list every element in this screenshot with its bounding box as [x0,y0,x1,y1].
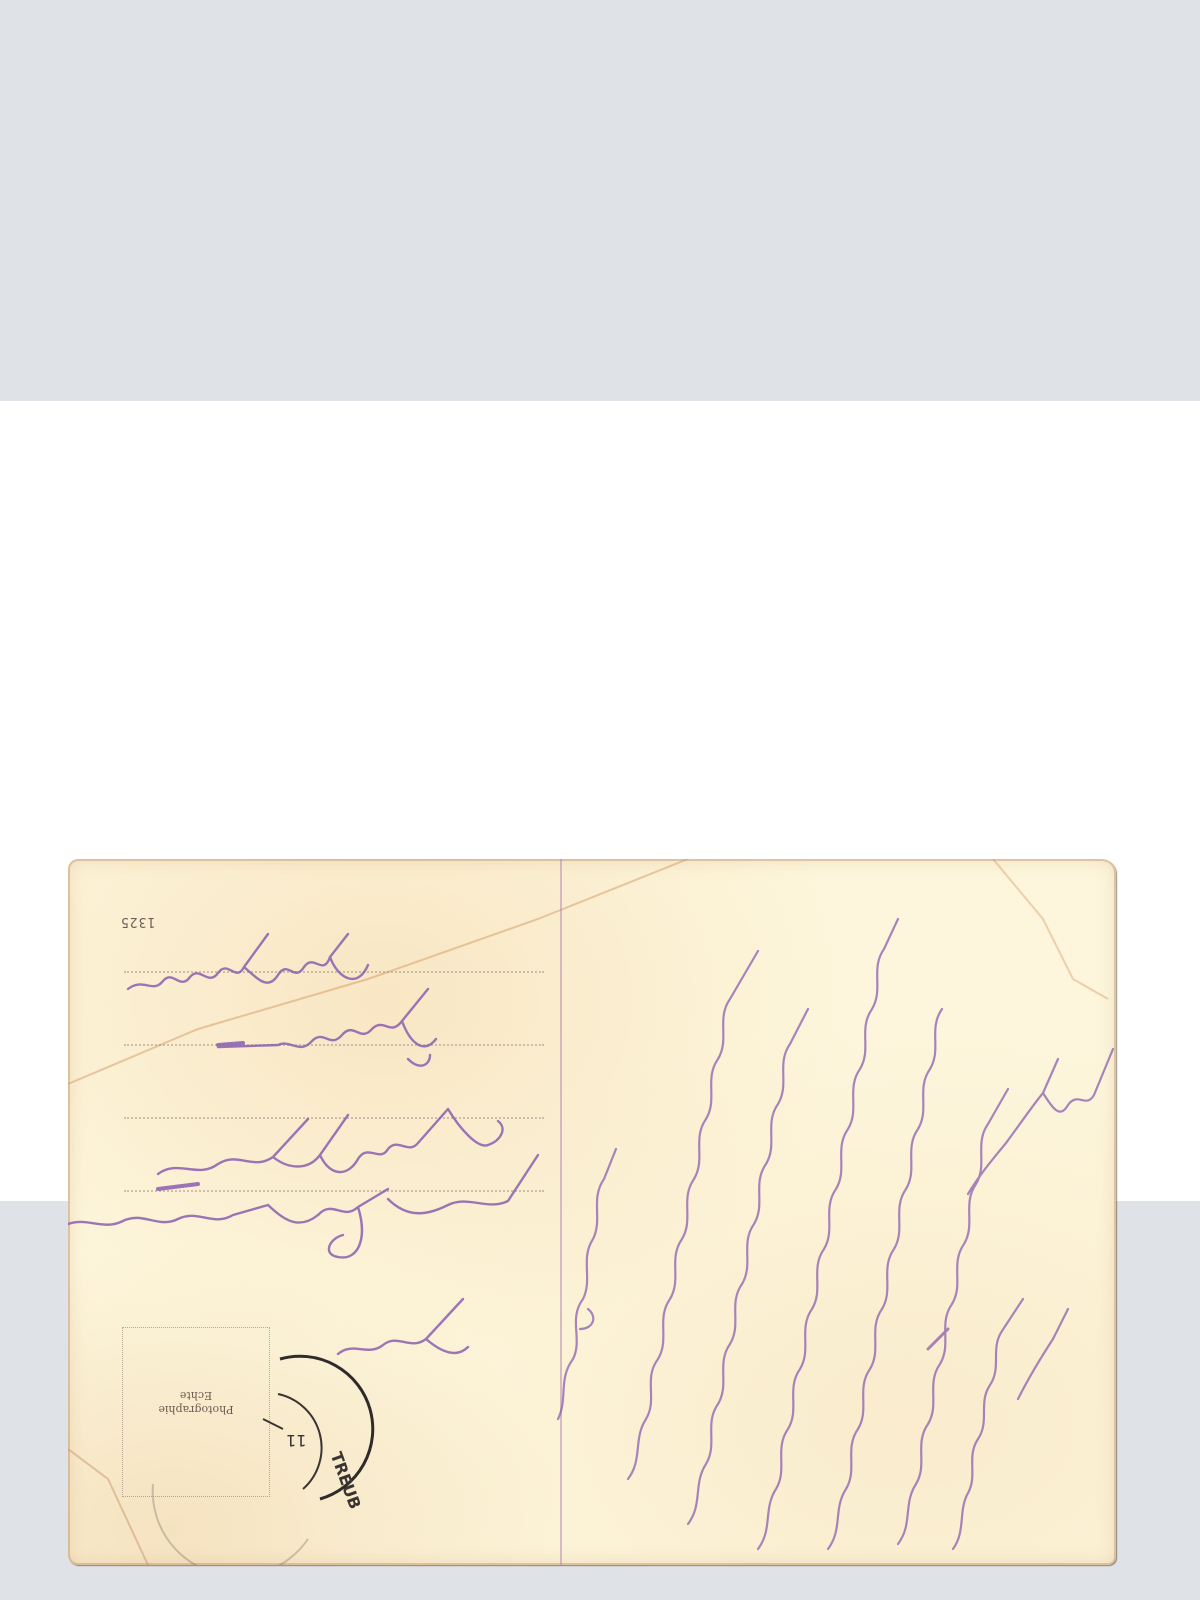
handwriting [68,859,1116,1565]
photo-band: 1325 Photographie Echte TREUB 11 [0,401,1200,1201]
postcard: 1325 Photographie Echte TREUB 11 [68,859,1116,1565]
